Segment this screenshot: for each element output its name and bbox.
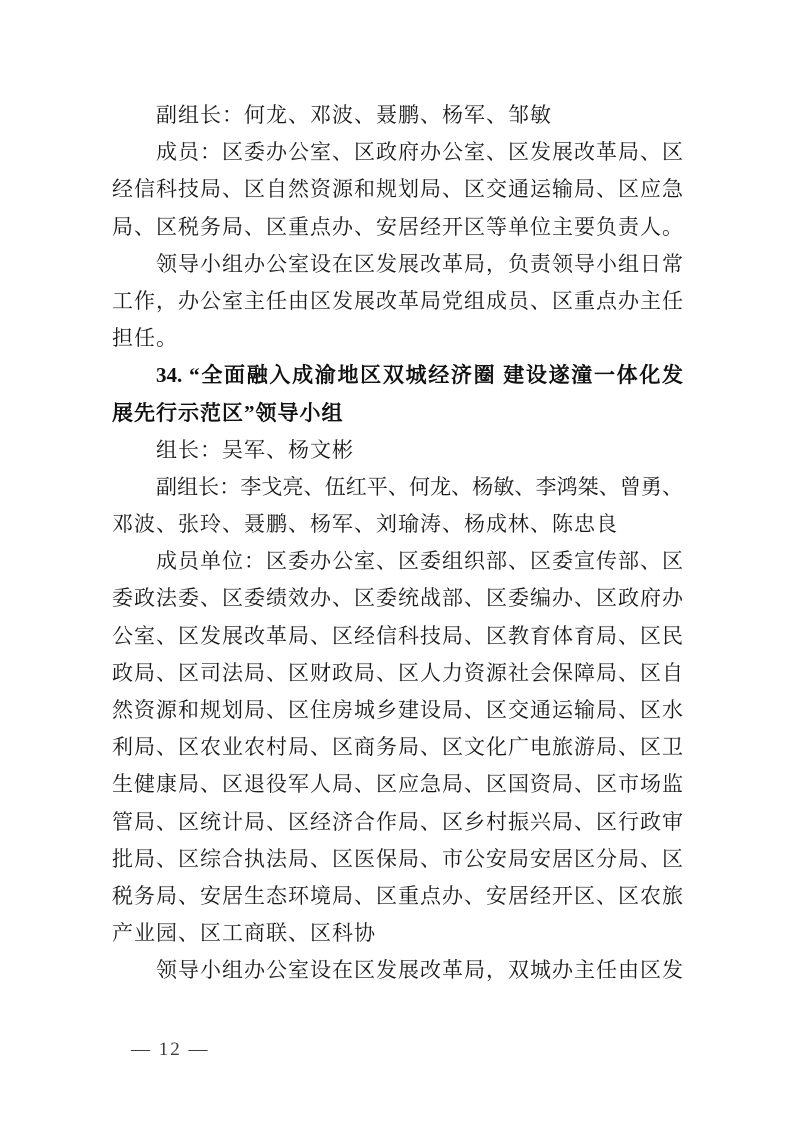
doc-line-member-units-end: 产业园、区工商联、区科协 bbox=[112, 915, 683, 952]
doc-line-member-units-cont-5: 利局、区农业农村局、区商务局、区文化广电旅游局、区卫 bbox=[112, 729, 683, 766]
doc-line-member-units-cont-4: 然资源和规划局、区住房城乡建设局、区交通运输局、区水 bbox=[112, 692, 683, 729]
document-page: 副组长：何龙、邓波、聂鹏、杨军、邹敏 成员：区委办公室、区政府办公室、区发展改革… bbox=[0, 0, 793, 1122]
doc-line-member-units-cont-6: 生健康局、区退役军人局、区应急局、区国资局、区市场监 bbox=[112, 766, 683, 803]
doc-line-office-note-34: 领导小组办公室设在区发展改革局，双城办主任由区发 bbox=[112, 952, 683, 989]
doc-line-office-note-cont: 工作，办公室主任由区发展改革局党组成员、区重点办主任 bbox=[112, 283, 683, 320]
doc-line-leaders: 组长：吴军、杨文彬 bbox=[112, 432, 683, 469]
heading-group-34-line-2: 展先行示范区”领导小组 bbox=[112, 395, 683, 432]
doc-line-office-note: 领导小组办公室设在区发展改革局，负责领导小组日常 bbox=[112, 246, 683, 283]
doc-line-member-units-cont-1: 委政法委、区委绩效办、区委统战部、区委编办、区政府办 bbox=[112, 580, 683, 617]
doc-line-deputy-leaders-34: 副组长：李戈亮、伍红平、何龙、杨敏、李鸿桀、曾勇、 bbox=[112, 469, 683, 506]
doc-line-member-units-cont-2: 公室、区发展改革局、区经信科技局、区教育体育局、区民 bbox=[112, 618, 683, 655]
doc-line-deputy-leaders: 副组长：何龙、邓波、聂鹏、杨军、邹敏 bbox=[112, 97, 683, 134]
page-number: — 12 — bbox=[131, 1038, 210, 1062]
doc-line-deputy-leaders-34-end: 邓波、张玲、聂鹏、杨军、刘瑜涛、杨成林、陈忠良 bbox=[112, 506, 683, 543]
doc-line-member-units-cont-7: 管局、区统计局、区经济合作局、区乡村振兴局、区行政审 bbox=[112, 804, 683, 841]
document-text-block: 副组长：何龙、邓波、聂鹏、杨军、邹敏 成员：区委办公室、区政府办公室、区发展改革… bbox=[112, 97, 683, 990]
doc-line-member-units-cont-3: 政局、区司法局、区财政局、区人力资源社会保障局、区自 bbox=[112, 655, 683, 692]
doc-line-members: 成员：区委办公室、区政府办公室、区发展改革局、区 bbox=[112, 134, 683, 171]
doc-line-member-units-cont-9: 税务局、安居生态环境局、区重点办、安居经开区、区农旅 bbox=[112, 878, 683, 915]
doc-line-member-units-cont-8: 批局、区综合执法局、区医保局、市公安局安居区分局、区 bbox=[112, 841, 683, 878]
doc-line-members-cont: 经信科技局、区自然资源和规划局、区交通运输局、区应急 bbox=[112, 171, 683, 208]
heading-group-34-line-1: 34. “全面融入成渝地区双城经济圈 建设遂潼一体化发 bbox=[112, 357, 683, 394]
doc-line-members-end: 局、区税务局、区重点办、安居经开区等单位主要负责人。 bbox=[112, 209, 683, 246]
doc-line-office-note-end: 担任。 bbox=[112, 320, 683, 357]
doc-line-member-units: 成员单位：区委办公室、区委组织部、区委宣传部、区 bbox=[112, 543, 683, 580]
